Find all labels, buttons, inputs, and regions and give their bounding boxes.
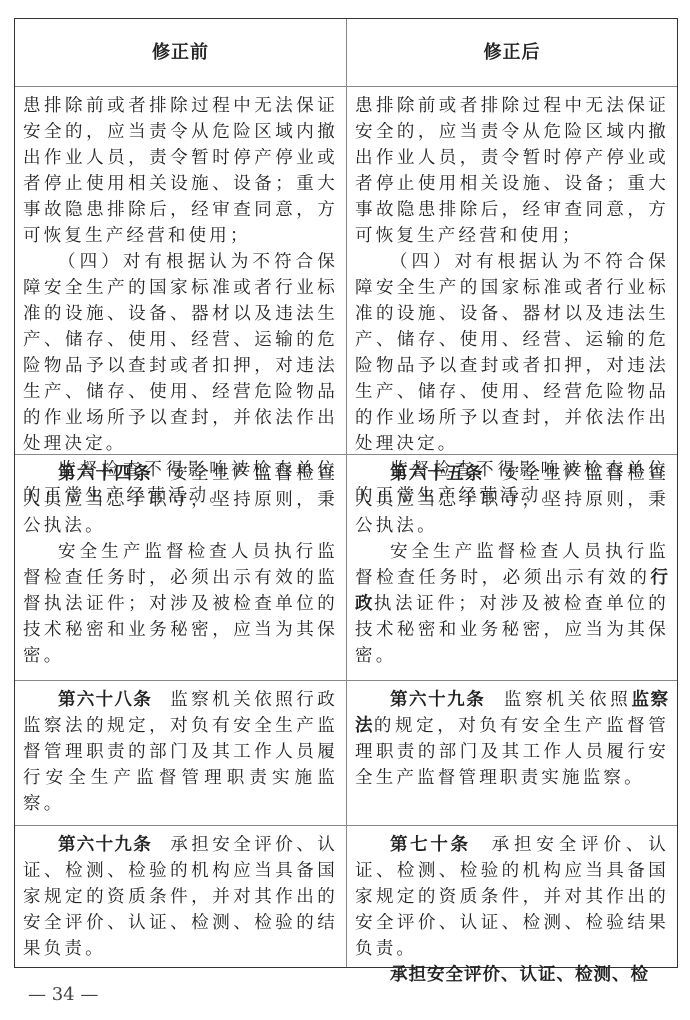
paragraph: （四）对有根据认为不符合保障安全生产的国家标准或者行业标准的设施、设备、器材以及…: [23, 249, 338, 457]
page-number: — 34 —: [28, 984, 98, 1005]
cell-before: 第六十四条 安全生产监督检查人员应当忠于职守，坚持原则，秉公执法。 安全生产监督…: [15, 455, 346, 680]
paragraph: 第六十九条 监察机关依照监察法的规定，对负有安全生产监督管理职责的部门及其工作人…: [355, 687, 669, 791]
paragraph: 第六十八条 监察机关依照行政监察法的规定，对负有安全生产监督管理职责的部门及其工…: [23, 687, 338, 817]
text: 的规定，对负有安全生产监督管理职责的部门及其工作人员履行安全生产监督管理职责实施…: [355, 716, 669, 788]
header-before: 修正前: [15, 19, 346, 86]
article-number: 第六十五条: [390, 464, 484, 484]
paragraph: 第六十四条 安全生产监督检查人员应当忠于职守，坚持原则，秉公执法。: [23, 461, 338, 539]
article-number: 第六十九条: [390, 690, 485, 710]
table-row: 患排除前或者排除过程中无法保证安全的，应当责令从危险区域内撤出作业人员，责令暂时…: [15, 86, 677, 454]
cell-after: 第六十九条 监察机关依照监察法的规定，对负有安全生产监督管理职责的部门及其工作人…: [346, 681, 677, 825]
cell-after: 第七十条 承担安全评价、认证、检测、检验的机构应当具备国家规定的资质条件，并对其…: [346, 826, 677, 967]
paragraph: 患排除前或者排除过程中无法保证安全的，应当责令从危险区域内撤出作业人员，责令暂时…: [23, 93, 338, 249]
paragraph: 第六十九条 承担安全评价、认证、检测、检验的机构应当具备国家规定的资质条件，并对…: [23, 832, 338, 962]
article-number: 第七十条: [390, 835, 471, 855]
text: 安全生产监督检查人员执行监督检查任务时，必须出示有效的: [355, 542, 669, 588]
text: 监察机关依照: [504, 690, 632, 710]
header-after: 修正后: [346, 19, 677, 86]
paragraph: 安全生产监督检查人员执行监督检查任务时，必须出示有效的行政执法证件；对涉及被检查…: [355, 539, 669, 669]
paragraph: （四）对有根据认为不符合保障安全生产的国家标准或者行业标准的设施、设备、器材以及…: [355, 249, 669, 457]
amended-text: 承担安全评价、认证、检测、检: [355, 962, 669, 988]
paragraph: 安全生产监督检查人员执行监督检查任务时，必须出示有效的监督执法证件；对涉及被检查…: [23, 539, 338, 669]
table-header-row: 修正前 修正后: [15, 19, 677, 86]
table-row: 第六十四条 安全生产监督检查人员应当忠于职守，坚持原则，秉公执法。 安全生产监督…: [15, 454, 677, 680]
paragraph: 第七十条 承担安全评价、认证、检测、检验的机构应当具备国家规定的资质条件，并对其…: [355, 832, 669, 962]
cell-after: 第六十五条 安全生产监督检查人员应当忠于职守，坚持原则，秉公执法。 安全生产监督…: [346, 455, 677, 680]
text: 执法证件；对涉及被检查单位的技术秘密和业务秘密，应当为其保密。: [355, 594, 669, 666]
article-number: 第六十八条: [58, 690, 152, 710]
comparison-table: 修正前 修正后 患排除前或者排除过程中无法保证安全的，应当责令从危险区域内撤出作…: [14, 18, 678, 968]
cell-before: 患排除前或者排除过程中无法保证安全的，应当责令从危险区域内撤出作业人员，责令暂时…: [15, 87, 346, 454]
paragraph: 患排除前或者排除过程中无法保证安全的，应当责令从危险区域内撤出作业人员，责令暂时…: [355, 93, 669, 249]
table-row: 第六十九条 承担安全评价、认证、检测、检验的机构应当具备国家规定的资质条件，并对…: [15, 825, 677, 967]
cell-after: 患排除前或者排除过程中无法保证安全的，应当责令从危险区域内撤出作业人员，责令暂时…: [346, 87, 677, 454]
article-number: 第六十四条: [58, 464, 152, 484]
article-number: 第六十九条: [58, 835, 152, 855]
paragraph: 第六十五条 安全生产监督检查人员应当忠于职守，坚持原则，秉公执法。: [355, 461, 669, 539]
cell-before: 第六十九条 承担安全评价、认证、检测、检验的机构应当具备国家规定的资质条件，并对…: [15, 826, 346, 967]
cell-before: 第六十八条 监察机关依照行政监察法的规定，对负有安全生产监督管理职责的部门及其工…: [15, 681, 346, 825]
table-row: 第六十八条 监察机关依照行政监察法的规定，对负有安全生产监督管理职责的部门及其工…: [15, 680, 677, 825]
